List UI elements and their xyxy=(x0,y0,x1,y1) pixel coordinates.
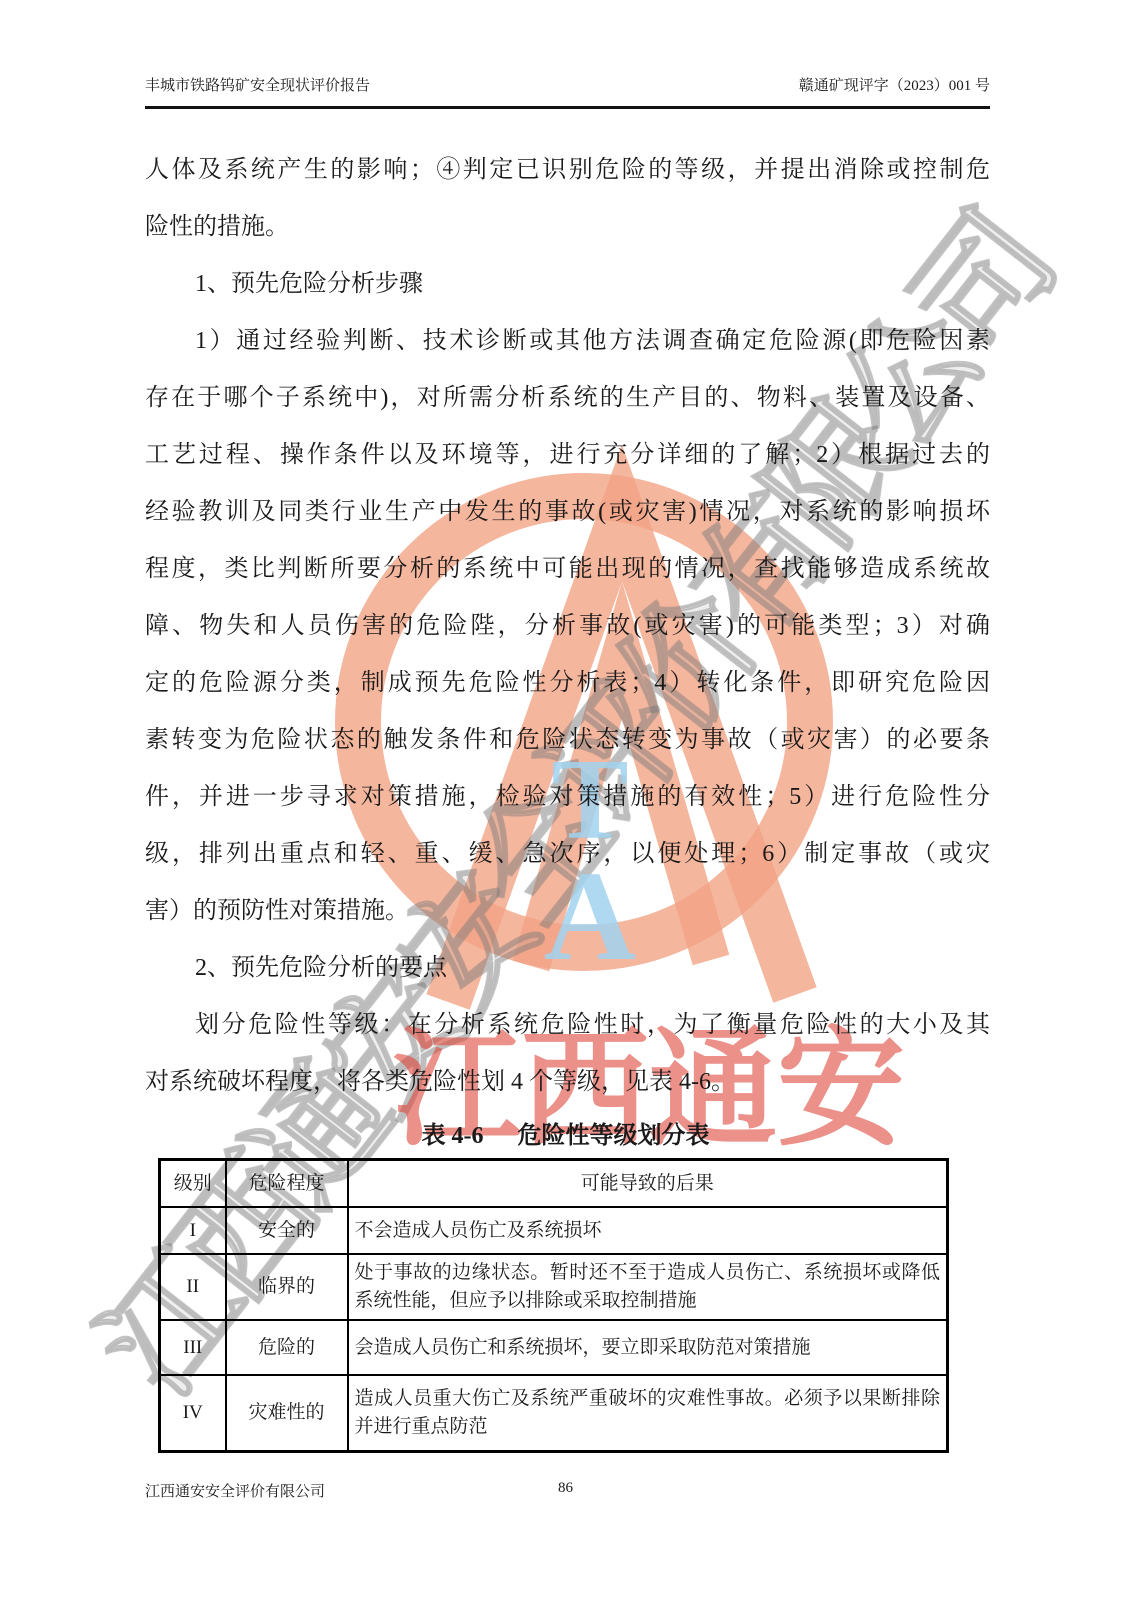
consequence-cell: 造成人员重大伤亡及系统严重破坏的灾难性事故。必须予以果断排除并进行重点防范 xyxy=(348,1375,948,1452)
table-row: II 临界的 处于事故的边缘状态。暂时还不至于造成人员伤亡、系统损坏或降低系统性… xyxy=(160,1254,948,1320)
consequence-cell: 不会造成人员伤亡及系统损坏 xyxy=(348,1207,948,1254)
body-line: 件，并进一步寻求对策措施，检验对策措施的有效性；5）进行危险性分 xyxy=(145,769,990,826)
degree-cell: 安全的 xyxy=(226,1207,348,1254)
body-text: 人体及系统产生的影响；④判定已识别危险的等级，并提出消除或控制危 险性的措施。 … xyxy=(145,142,990,1111)
body-heading-line: 2、预先危险分析的要点 xyxy=(145,940,990,997)
degree-cell: 临界的 xyxy=(226,1254,348,1320)
table-caption-number: 表 4-6 xyxy=(422,1123,484,1149)
level-cell: III xyxy=(160,1320,226,1375)
body-line: 经验教训及同类行业生产中发生的事故(或灾害)情况，对系统的影响损坏 xyxy=(145,484,990,541)
body-line: 障、物失和人员伤害的危险陛，分析事故(或灾害)的可能类型；3）对确 xyxy=(145,598,990,655)
document-page: 江西通安安全评价有限公司 T A 江西通安 丰城市铁路钨矿安全现状评价报告 赣通… xyxy=(0,0,1131,1600)
table-header-cell: 可能导致的后果 xyxy=(348,1160,948,1208)
body-line: 定的危险源分类，制成预先危险性分析表；4）转化条件，即研究危险因 xyxy=(145,655,990,712)
consequence-cell: 处于事故的边缘状态。暂时还不至于造成人员伤亡、系统损坏或降低系统性能，但应予以排… xyxy=(348,1254,948,1320)
body-line: 划分危险性等级：在分析系统危险性时，为了衡量危险性的大小及其 xyxy=(145,997,990,1054)
header-doc-number: 赣通矿现评字（2023）001 号 xyxy=(799,76,990,96)
page-number: 86 xyxy=(0,1480,1131,1497)
body-line: 程度，类比判断所要分析的系统中可能出现的情况，查找能够造成系统故 xyxy=(145,541,990,598)
table-header-cell: 级别 xyxy=(160,1160,226,1208)
degree-cell: 危险的 xyxy=(226,1320,348,1375)
body-line: 险性的措施。 xyxy=(145,199,990,256)
table-header-row: 级别 危险程度 可能导致的后果 xyxy=(160,1160,948,1208)
body-line: 素转变为危险状态的触发条件和危险状态转变为事故（或灾害）的必要条 xyxy=(145,712,990,769)
table-row: I 安全的 不会造成人员伤亡及系统损坏 xyxy=(160,1207,948,1254)
header-report-title: 丰城市铁路钨矿安全现状评价报告 xyxy=(145,76,370,96)
degree-cell: 灾难性的 xyxy=(226,1375,348,1452)
table-row: IV 灾难性的 造成人员重大伤亡及系统严重破坏的灾难性事故。必须予以果断排除并进… xyxy=(160,1375,948,1452)
table-row: III 危险的 会造成人员伤亡和系统损坏，要立即采取防范对策措施 xyxy=(160,1320,948,1375)
body-line: 级，排列出重点和轻、重、缓、急次序，以便处理；6）制定事故（或灾 xyxy=(145,826,990,883)
risk-level-table: 级别 危险程度 可能导致的后果 I 安全的 不会造成人员伤亡及系统损坏 II 临… xyxy=(158,1158,949,1453)
consequence-cell: 会造成人员伤亡和系统损坏，要立即采取防范对策措施 xyxy=(348,1320,948,1375)
level-cell: IV xyxy=(160,1375,226,1452)
page-header: 丰城市铁路钨矿安全现状评价报告 赣通矿现评字（2023）001 号 xyxy=(145,76,990,109)
body-line: 1）通过经验判断、技术诊断或其他方法调查确定危险源(即危险因素 xyxy=(145,313,990,370)
table-caption: 表 4-6危险性等级划分表 xyxy=(0,1119,1131,1153)
level-cell: II xyxy=(160,1254,226,1320)
page-content: 丰城市铁路钨矿安全现状评价报告 赣通矿现评字（2023）001 号 人体及系统产… xyxy=(0,0,1131,1600)
level-cell: I xyxy=(160,1207,226,1254)
table-caption-text: 危险性等级划分表 xyxy=(518,1123,710,1149)
table-header-cell: 危险程度 xyxy=(226,1160,348,1208)
body-line: 人体及系统产生的影响；④判定已识别危险的等级，并提出消除或控制危 xyxy=(145,142,990,199)
body-line: 害）的预防性对策措施。 xyxy=(145,883,990,940)
body-heading-line: 1、预先危险分析步骤 xyxy=(145,256,990,313)
body-line: 对系统破坏程度，将各类危险性划 4 个等级，见表 4-6。 xyxy=(145,1054,990,1111)
body-line: 存在于哪个子系统中)，对所需分析系统的生产目的、物料、装置及设备、 xyxy=(145,370,990,427)
body-line: 工艺过程、操作条件以及环境等，进行充分详细的了解；2）根据过去的 xyxy=(145,427,990,484)
